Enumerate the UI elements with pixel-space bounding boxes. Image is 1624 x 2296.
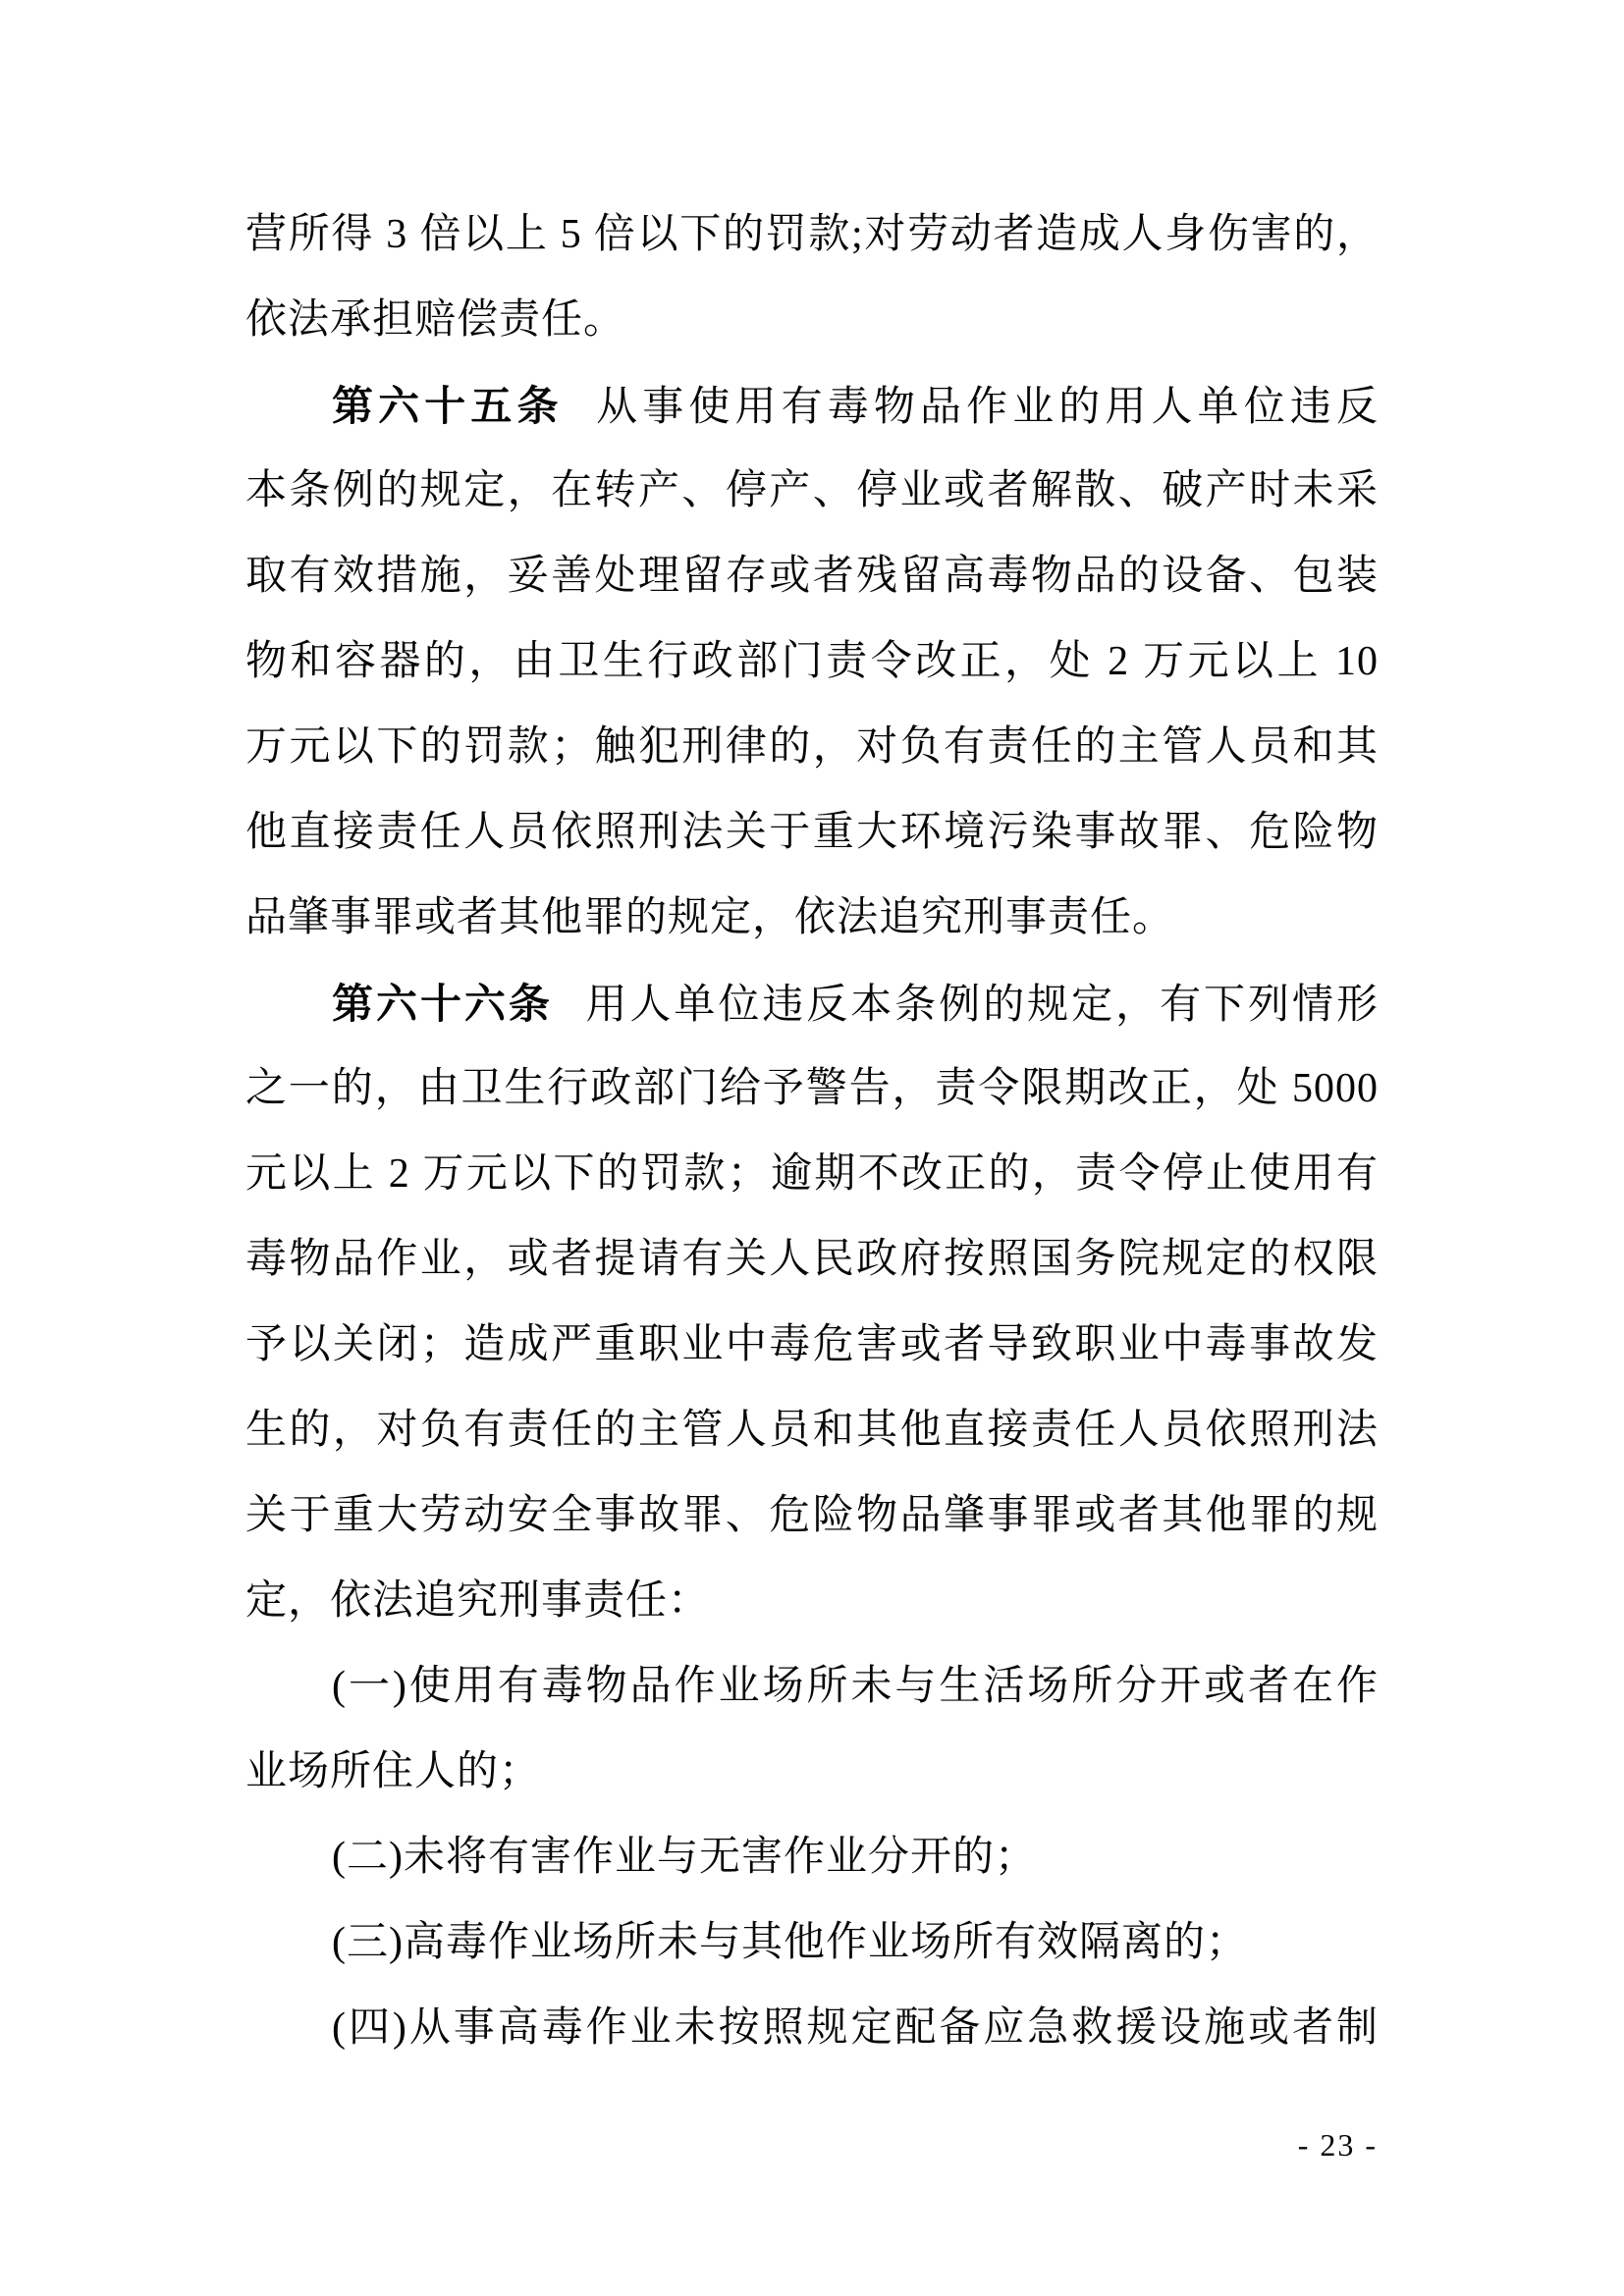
text-line: 予以关闭；造成严重职业中毒危害或者导致职业中毒事故发 <box>245 1303 1379 1388</box>
article-heading: 第六十五条 <box>332 383 564 429</box>
line-text: 营所得 3 倍以上 5 倍以下的罚款;对劳动者造成人身伤害的， <box>245 212 1379 257</box>
line-text: 取有效措施，妥善处理留存或者残留高毒物品的设备、包装 <box>245 554 1379 599</box>
line-text: 从事使用有毒物品作业的用人单位违反 <box>596 385 1379 430</box>
text-line: 生的，对负有责任的主管人员和其他直接责任人员依照刑法 <box>245 1388 1379 1473</box>
text-line: 本条例的规定，在转产、停产、停业或者解散、破产时未采 <box>245 449 1379 534</box>
line-text: 本条例的规定，在转产、停产、停业或者解散、破产时未采 <box>245 468 1379 513</box>
text-line: 依法承担赔偿责任。 <box>245 278 1379 363</box>
text-line: 第六十五条从事使用有毒物品作业的用人单位违反 <box>245 363 1379 449</box>
text-line: (三)高毒作业场所未与其他作业场所有效隔离的； <box>245 1900 1379 1986</box>
line-text: 依法承担赔偿责任。 <box>245 297 625 343</box>
article-heading: 第六十六条 <box>332 981 553 1027</box>
document-page: 营所得 3 倍以上 5 倍以下的罚款;对劳动者造成人身伤害的，依法承担赔偿责任。… <box>0 0 1624 2296</box>
text-line: 取有效措施，妥善处理留存或者残留高毒物品的设备、包装 <box>245 534 1379 619</box>
text-line: 第六十六条用人单位违反本条例的规定，有下列情形 <box>245 961 1379 1046</box>
page-number: - 23 - <box>1298 2126 1378 2163</box>
line-text: 品肇事罪或者其他罪的规定，依法追究刑事责任。 <box>245 895 1174 940</box>
line-text: (三)高毒作业场所未与其他作业场所有效隔离的； <box>332 1920 1248 1965</box>
text-line: 他直接责任人员依照刑法关于重大环境污染事故罪、危险物 <box>245 790 1379 876</box>
line-text: 物和容器的，由卫生行政部门责令改正，处 2 万元以上 10 <box>245 639 1379 684</box>
line-text: 用人单位违反本条例的规定，有下列情形 <box>585 983 1379 1028</box>
text-line: 关于重大劳动安全事故罪、危险物品肇事罪或者其他罪的规 <box>245 1473 1379 1559</box>
line-text: 关于重大劳动安全事故罪、危险物品肇事罪或者其他罪的规 <box>245 1493 1379 1538</box>
line-text: (二)未将有害作业与无害作业分开的； <box>332 1835 1037 1880</box>
text-line: (一)使用有毒物品作业场所未与生活场所分开或者在作 <box>245 1644 1379 1730</box>
text-line: 物和容器的，由卫生行政部门责令改正，处 2 万元以上 10 <box>245 619 1379 705</box>
line-text: 予以关闭；造成严重职业中毒危害或者导致职业中毒事故发 <box>245 1322 1379 1367</box>
text-line: (四)从事高毒作业未按照规定配备应急救援设施或者制 <box>245 1986 1379 2071</box>
text-block: 营所得 3 倍以上 5 倍以下的罚款;对劳动者造成人身伤害的，依法承担赔偿责任。… <box>245 192 1379 2071</box>
text-line: 元以上 2 万元以下的罚款；逾期不改正的，责令停止使用有 <box>245 1132 1379 1217</box>
line-text: 毒物品作业，或者提请有关人民政府按照国务院规定的权限 <box>245 1237 1379 1282</box>
text-line: 品肇事罪或者其他罪的规定，依法追究刑事责任。 <box>245 876 1379 961</box>
text-line: 业场所住人的； <box>245 1730 1379 1815</box>
line-text: 元以上 2 万元以下的罚款；逾期不改正的，责令停止使用有 <box>245 1151 1379 1197</box>
line-text: (四)从事高毒作业未按照规定配备应急救援设施或者制 <box>332 2005 1379 2051</box>
text-line: 之一的，由卫生行政部门给予警告，责令限期改正，处 5000 <box>245 1046 1379 1132</box>
text-line: 毒物品作业，或者提请有关人民政府按照国务院规定的权限 <box>245 1217 1379 1303</box>
line-text: 万元以下的罚款；触犯刑律的，对负有责任的主管人员和其 <box>245 724 1379 770</box>
text-line: (二)未将有害作业与无害作业分开的； <box>245 1815 1379 1900</box>
line-text: 之一的，由卫生行政部门给予警告，责令限期改正，处 5000 <box>245 1066 1379 1111</box>
line-text: 他直接责任人员依照刑法关于重大环境污染事故罪、危险物 <box>245 810 1379 855</box>
line-text: (一)使用有毒物品作业场所未与生活场所分开或者在作 <box>332 1664 1379 1709</box>
text-line: 定，依法追究刑事责任： <box>245 1559 1379 1644</box>
line-text: 业场所住人的； <box>245 1749 541 1794</box>
text-line: 万元以下的罚款；触犯刑律的，对负有责任的主管人员和其 <box>245 705 1379 790</box>
line-text: 定，依法追究刑事责任： <box>245 1578 710 1624</box>
line-text: 生的，对负有责任的主管人员和其他直接责任人员依照刑法 <box>245 1408 1379 1453</box>
text-line: 营所得 3 倍以上 5 倍以下的罚款;对劳动者造成人身伤害的， <box>245 192 1379 278</box>
